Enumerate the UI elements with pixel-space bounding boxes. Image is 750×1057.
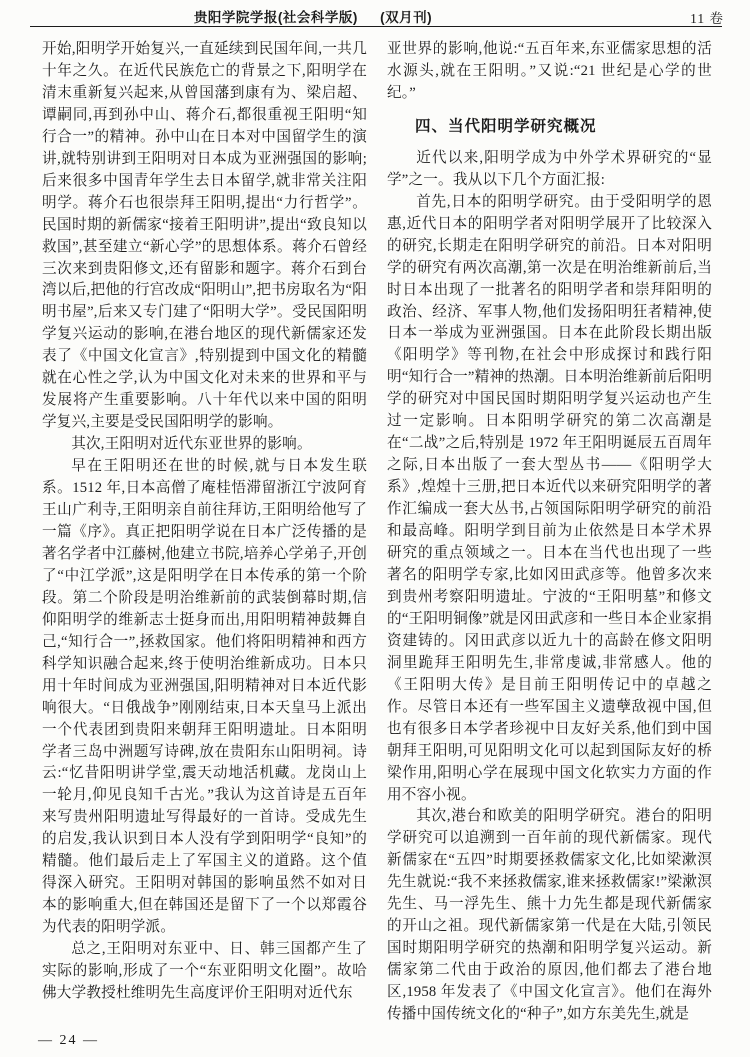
paragraph: 早在王阳明还在世的时候,就与日本发生联系。1512 年,日本高僧了庵桂悟滞留浙江… [42,456,367,939]
journal-title: 贵阳学院学报(社会科学版) [194,10,358,25]
section-heading: 四、当代阳明学研究概况 [387,116,712,138]
right-column: 亚世界的影响,他说:“五百年来,东亚儒家思想的活水源头,就在王阳明。”又说:“2… [387,39,712,1026]
paragraph-continuation: 亚世界的影响,他说:“五百年来,东亚儒家思想的活水源头,就在王阳明。”又说:“2… [387,39,712,105]
paragraph: 近代以来,阳明学成为中外学术界研究的“显学”之一。我从以下几个方面汇报: [387,148,712,192]
journal-frequency-label: (双月刊) [380,10,432,25]
paragraph: 首先,日本的阳明学研究。由于受阳明学的恩惠,近代日本的阳明学者对阳明学展开了比较… [387,192,712,807]
left-column: 开始,阳明学开始复兴,一直延续到民国年间,一共几十年之久。在近代民族危亡的背景之… [42,39,367,1026]
paragraph-continuation: 开始,阳明学开始复兴,一直延续到民国年间,一共几十年之久。在近代民族危亡的背景之… [42,39,367,434]
volume-label: 11 卷 [690,7,724,27]
page-number: — 24 — [38,1033,99,1049]
page-body: 开始,阳明学开始复兴,一直延续到民国年间,一共几十年之久。在近代民族危亡的背景之… [42,39,712,1026]
paragraph: 其次,港台和欧美的阳明学研究。港台的阳明学研究可以追溯到一百年前的现代新儒家。现… [387,806,712,1026]
running-head: 贵阳学院学报(社会科学版) (双月刊) 11 卷 [30,6,726,24]
running-head-center: 贵阳学院学报(社会科学版) (双月刊) [30,6,596,26]
paragraph: 总之,王阳明对东亚中、日、韩三国都产生了实际的影响,形成了一个“东亚阳明文化圈”… [42,939,367,1005]
paragraph: 其次,王阳明对近代东亚世界的影响。 [42,434,367,456]
journal-page: 贵阳学院学报(社会科学版) (双月刊) 11 卷 开始,阳明学开始复兴,一直延续… [0,0,750,1057]
header-rule [30,26,722,27]
